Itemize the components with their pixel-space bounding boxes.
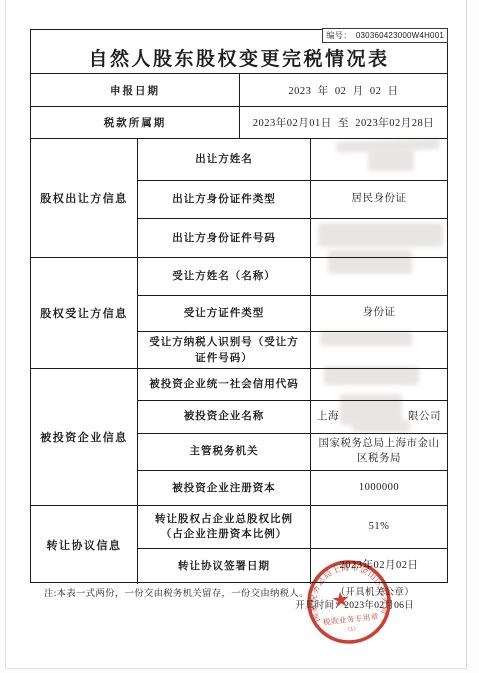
- row-value: 2023年02月01日 至 2023年02月28日: [240, 107, 447, 138]
- field-row: 被投资企业名称 上海 限公司: [138, 401, 447, 434]
- field-row: 出让方身份证件类型 居民身份证: [138, 181, 447, 219]
- field-value: [311, 219, 447, 258]
- footer-note: 注:本表一式两份，一份交由税务机关留存，一份交由纳税人。: [44, 585, 309, 599]
- row-value: 2023 年 02 月 02 日: [240, 74, 447, 106]
- field-row: 受让方纳税人识别号（受让方证件号码）: [138, 332, 447, 369]
- field-row: 被投资企业注册资本 1000000: [138, 471, 447, 506]
- field-value: 上海 限公司: [311, 401, 447, 433]
- field-value: 身份证: [311, 296, 447, 331]
- field-label: 受让方纳税人识别号（受让方证件号码）: [138, 332, 311, 369]
- field-value: 居民身份证: [311, 181, 447, 218]
- field-label: 被投资企业统一社会信用代码: [138, 369, 311, 400]
- seal-center-text: 税收业务专用章: [322, 611, 379, 627]
- issue-block: （开具机关公章） 开具时间：2023年02月06日: [286, 587, 414, 612]
- header-row-tax-period: 税款所属期 2023年02月01日 至 2023年02月28日: [31, 107, 447, 139]
- serial-box: 编号： 030360423000W4H001: [322, 28, 448, 43]
- field-row: 出让方身份证件号码: [138, 219, 447, 258]
- tax-form-table: 编号： 030360423000W4H001 自然人股东股权变更完税情况表 申报…: [30, 29, 448, 583]
- field-label: 被投资企业名称: [138, 401, 311, 433]
- field-label: 受让方证件类型: [138, 296, 311, 331]
- field-row: 转让协议签署日期 2023年02月02日: [138, 549, 447, 584]
- header-row-declare-date: 申报日期 2023 年 02 月 02 日: [31, 74, 447, 107]
- field-label: 出让方身份证件号码: [138, 219, 311, 258]
- field-value: [311, 369, 447, 400]
- field-row: 出让方姓名: [138, 139, 447, 181]
- field-row: 受让方证件类型 身份证: [138, 296, 447, 332]
- field-label: 转让股权占企业总股权比例（占企业注册资本比例）: [138, 506, 311, 548]
- field-label: 被投资企业注册资本: [138, 471, 311, 506]
- section-invested-company-info: 被投资企业信息 被投资企业统一社会信用代码 被投资企业名称 上海 限公司 主管税…: [31, 369, 447, 506]
- field-label: 转让协议签署日期: [138, 549, 311, 584]
- section-transferee-info: 股权受让方信息 受让方姓名（名称） 受让方证件类型 身份证 受让方纳税人识别号（…: [31, 258, 447, 369]
- field-value: [311, 258, 447, 295]
- field-row: 被投资企业统一社会信用代码: [138, 369, 447, 401]
- field-row: 受让方姓名（名称）: [138, 258, 447, 296]
- issue-org-line: （开具机关公章）: [286, 587, 414, 600]
- issue-time-line: 开具时间：2023年02月06日: [286, 600, 414, 613]
- serial-label: 编号：: [326, 30, 352, 41]
- company-name-suffix: 限公司: [408, 410, 441, 425]
- row-label: 申报日期: [31, 74, 240, 106]
- section-transferor-info: 股权出让方信息 出让方姓名 出让方身份证件类型 居民身份证 出让方身份证件号码: [31, 139, 447, 258]
- field-value: 51%: [311, 506, 447, 548]
- section-group-label: 股权受让方信息: [31, 258, 138, 368]
- seal-sub-text: （1）: [344, 625, 359, 633]
- field-value: [311, 332, 447, 369]
- row-label: 税款所属期: [31, 107, 240, 138]
- field-value: 1000000: [311, 471, 447, 506]
- field-label: 主管税务机关: [138, 434, 311, 470]
- field-row: 转让股权占企业总股权比例（占企业注册资本比例） 51%: [138, 506, 447, 549]
- section-group-label: 被投资企业信息: [31, 369, 138, 505]
- section-group-label: 转让协议信息: [31, 506, 138, 584]
- field-label: 受让方姓名（名称）: [138, 258, 311, 295]
- field-row: 主管税务机关 国家税务总局上海市金山区税务局: [138, 434, 447, 471]
- company-name-prefix: 上海: [317, 410, 339, 425]
- field-label: 出让方姓名: [138, 139, 311, 180]
- field-label: 出让方身份证件类型: [138, 181, 311, 218]
- field-value: [311, 139, 447, 180]
- title-row: 编号： 030360423000W4H001 自然人股东股权变更完税情况表: [31, 30, 447, 74]
- section-group-label: 股权出让方信息: [31, 139, 138, 257]
- field-value: 国家税务总局上海市金山区税务局: [311, 434, 447, 470]
- serial-number: 030360423000W4H001: [356, 31, 444, 40]
